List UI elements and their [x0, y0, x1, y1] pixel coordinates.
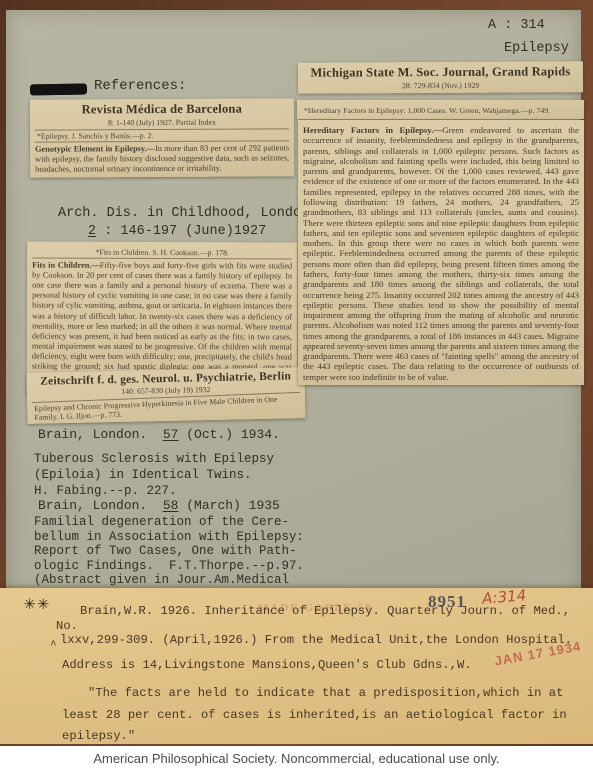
clipping-lead: Genotypic Element in Epilepsy.— [35, 144, 155, 154]
note-inserted-word: No. [56, 619, 78, 633]
note-address-line: Address is 14,Livingstone Mansions,Queen… [62, 658, 472, 672]
typed-note-card: ✳✳ MADE GABLE 59 8951 A:314 Brain,W.R. 1… [0, 588, 593, 744]
insertion-caret: ^ [50, 640, 57, 652]
clipping-citation: 28: 729-834 (Nov.) 1929 [303, 80, 578, 90]
entry-arch-dis-line2: 2 : 146-197 (June)1927 [88, 224, 266, 239]
entry-arch-dis-line1: Arch. Dis. in Childhood, London [58, 206, 309, 221]
volume-number: 58 [163, 498, 179, 513]
crossed-out-word [30, 84, 86, 96]
image-credit-caption: American Philosophical Society. Noncomme… [0, 746, 593, 772]
clipping-text: Green endeavored to ascertain the occurr… [303, 125, 579, 382]
clipping-body: Hereditary Factors in Epilepsy.—Green en… [303, 125, 579, 382]
journal-name: Brain, London. [38, 498, 163, 513]
entry-brain57-head: Brain, London. 57 (Oct.) 1934. [38, 427, 280, 442]
volume-number: 57 [163, 427, 179, 442]
clipping-title: Michigan State M. Soc. Journal, Grand Ra… [303, 64, 578, 80]
clipping-title: Revista Médica de Barcelona [35, 101, 289, 117]
clipping-footnote: *Fits in Children. S. H. Cookson.—p. 178… [32, 247, 292, 260]
entry-brain57-body: Tuberous Sclerosis with Epilepsy (Epiloi… [34, 451, 274, 499]
clipping-lead: Hereditary Factors in Epilepsy.— [303, 125, 442, 135]
file-ref-code: A : 314 [488, 18, 545, 33]
note-citation-line1: Brain,W.R. 1926. Inheritance of Epilepsy… [80, 604, 570, 618]
clipping-citation: 8: 1-140 (July) 1927. Partial Index [35, 117, 289, 127]
note-quote-line2: least 28 per cent. of cases is inherited… [62, 708, 567, 722]
clipping-footnote: *Epilepsy. J. Sanchis y Banús.—p. 2. [35, 128, 289, 142]
archival-photo-background: A : 314 Epilepsy References: Revista Méd… [0, 0, 593, 746]
subject-heading: Epilepsy [504, 41, 569, 56]
issue-date: (Oct.) 1934. [178, 427, 279, 442]
note-quote-line3: epilepsy." [62, 729, 135, 743]
clipping-michigan-body: Hereditary Factors in Epilepsy.—Green en… [298, 120, 584, 385]
issue-date: (March) 1935 [178, 498, 279, 513]
note-quote-line1: "The facts are held to indicate that a p… [88, 686, 563, 700]
clipping-michigan-header: Michigan State M. Soc. Journal, Grand Ra… [298, 61, 583, 93]
clipping-michigan-footnote: *Hereditary Factors in Epilepsy: 1,000 C… [297, 100, 584, 119]
handwritten-asterisks: ✳✳ [24, 592, 51, 615]
volume-number: 2 [88, 224, 96, 239]
journal-name: Brain, London. [38, 427, 163, 442]
clipping-footnote: *Hereditary Factors in Epilepsy: 1,000 C… [302, 105, 579, 116]
clipping-body: Genotypic Element in Epilepsy.—In more t… [35, 143, 289, 175]
clipping-revista-medica: Revista Médica de Barcelona 8: 1-140 (Ju… [30, 98, 294, 178]
entry-brain58-head: Brain, London. 58 (March) 1935 [38, 498, 280, 513]
clipping-zeitschrift: Zeitschrift f. d. ges. Neurol. u. Psychi… [26, 367, 305, 424]
note-citation-line2: lxxv,299-309. (April,1926.) From the Med… [60, 633, 572, 647]
clipping-lead: Fits in Children.— [32, 261, 100, 270]
entry-arch-dis-rest: : 146-197 (June)1927 [96, 224, 266, 239]
references-heading: References: [94, 78, 186, 94]
